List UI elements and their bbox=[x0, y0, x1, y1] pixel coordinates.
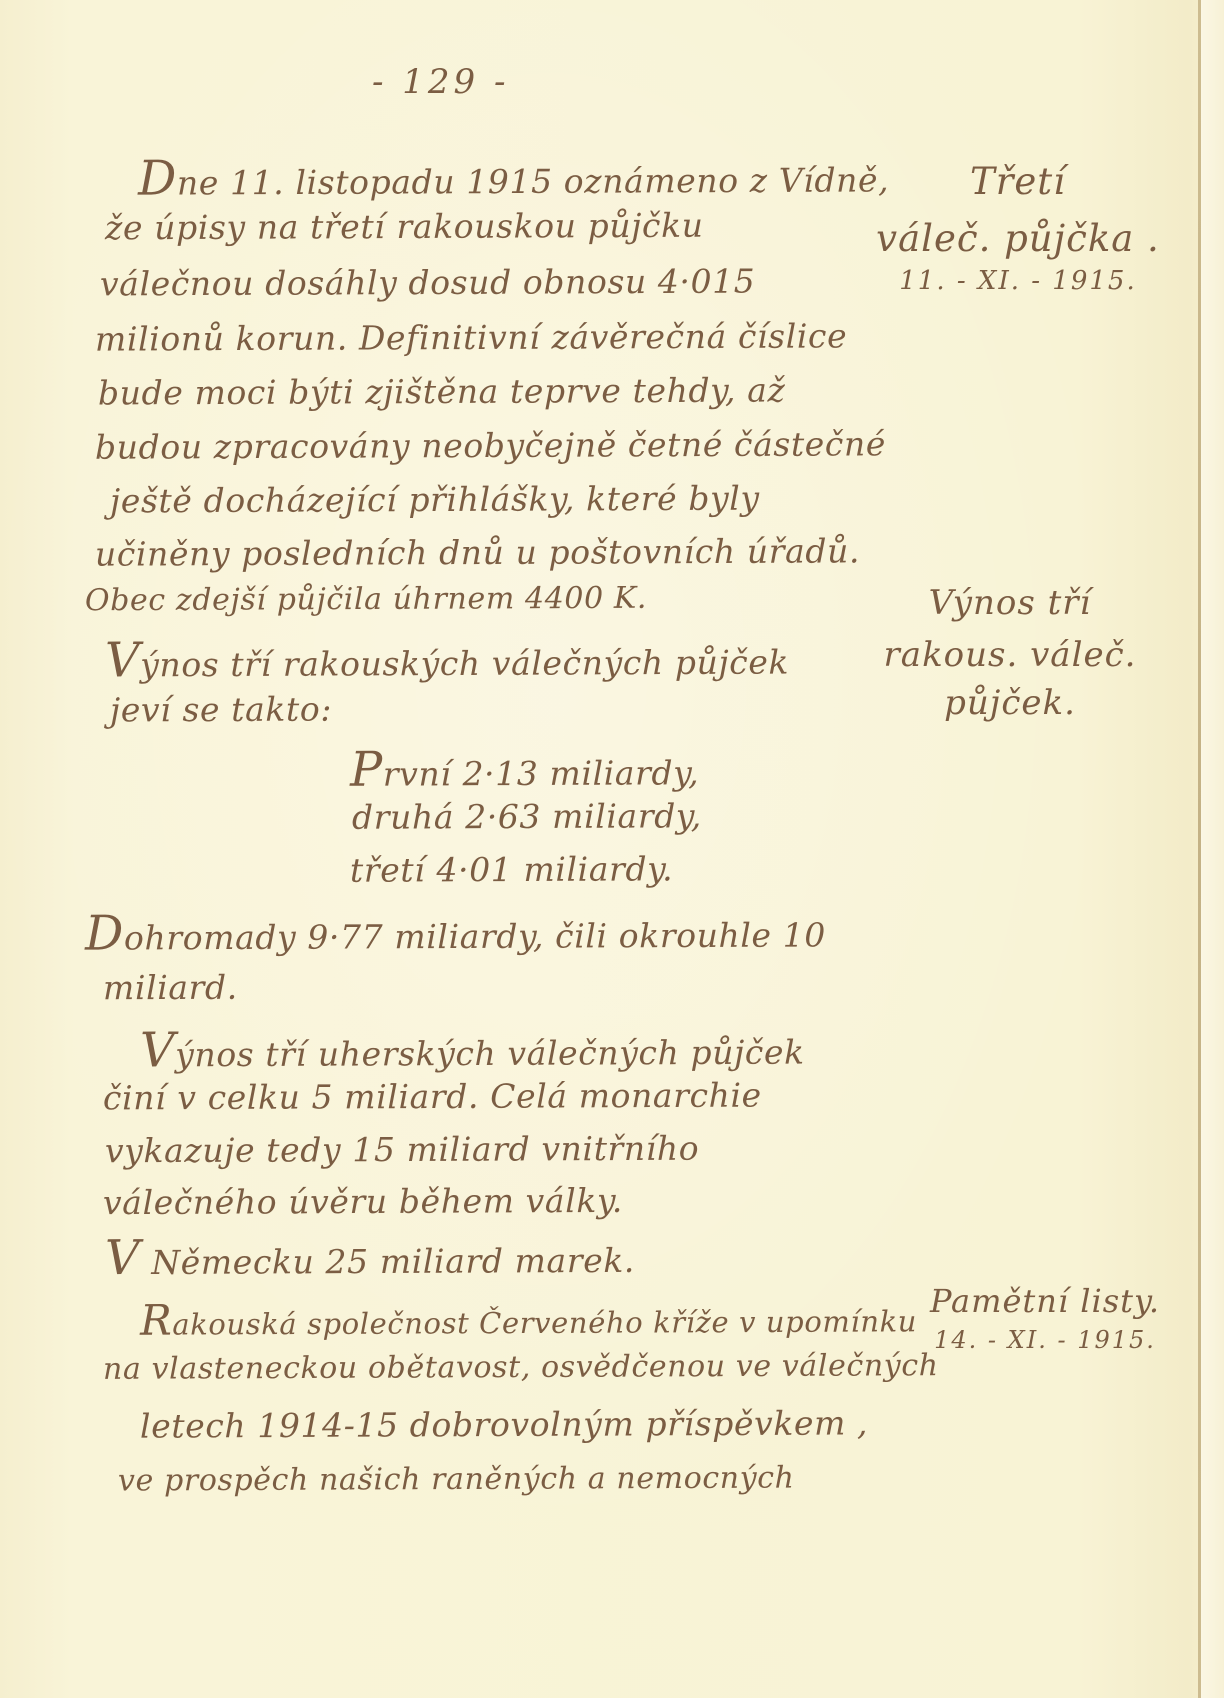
loan-item-third: třetí 4·01 miliardy. bbox=[350, 849, 673, 889]
margin-note-line: půjček. bbox=[855, 683, 1165, 723]
manuscript-line: letech 1914-15 dobrovolným příspěvkem , bbox=[140, 1403, 868, 1445]
margin-note-loan-yield: Výnos tří rakous. váleč. půjček. bbox=[855, 583, 1165, 723]
manuscript-line: Dohromady 9·77 miliardy, čili okrouhle 1… bbox=[85, 903, 826, 961]
manuscript-line: že úpisy na třetí rakouskou půjčku bbox=[105, 206, 704, 248]
manuscript-line: Obec zdejší půjčila úhrnem 4400 K. bbox=[85, 581, 647, 618]
margin-note-title: Třetí bbox=[868, 160, 1168, 203]
manuscript-line: Rakouská společnost Červeného kříže v up… bbox=[140, 1292, 917, 1344]
manuscript-line: bude moci býti zjištěna teprve tehdy, až bbox=[98, 371, 786, 413]
manuscript-line: na vlasteneckou obětavost, osvědčenou ve… bbox=[103, 1348, 939, 1387]
page-number: - 129 - bbox=[372, 62, 510, 102]
manuscript-line: Dne 11. listopadu 1915 oznámeno z Vídně, bbox=[138, 148, 889, 206]
manuscript-line: Výnos tří rakouských válečných půjček bbox=[105, 631, 789, 689]
next-page-edge bbox=[1201, 0, 1224, 1698]
margin-note-commemorative-sheets: Pamětní listy. 14. - XI. - 1915. bbox=[895, 1282, 1195, 1354]
manuscript-line: V Německu 25 miliard marek. bbox=[105, 1229, 635, 1286]
margin-note-date: 11. - XI. - 1915. bbox=[868, 266, 1168, 296]
manuscript-line: vykazuje tedy 15 miliard vnitřního bbox=[105, 1129, 699, 1171]
manuscript-line: budou zpracovány neobyčejně četné částeč… bbox=[95, 424, 886, 466]
manuscript-line: Výnos tří uherských válečných půjček bbox=[140, 1021, 805, 1079]
manuscript-line: činí v celku 5 miliard. Celá monarchie bbox=[103, 1076, 762, 1118]
manuscript-line: miliard. bbox=[103, 968, 238, 1008]
manuscript-line: učiněny posledních dnů u poštovních úřad… bbox=[95, 531, 860, 573]
margin-note-title: Pamětní listy. bbox=[895, 1282, 1195, 1320]
manuscript-line: válečnou dosáhly dosud obnosu 4·015 bbox=[100, 262, 756, 304]
loan-item-second: druhá 2·63 miliardy, bbox=[352, 796, 702, 837]
loan-item-first: První 2·13 miliardy, bbox=[350, 741, 699, 798]
manuscript-line: milionů korun. Definitivní závěrečná čís… bbox=[95, 316, 847, 358]
manuscript-page: - 129 - Dne 11. listopadu 1915 oznámeno … bbox=[0, 0, 1224, 1698]
manuscript-line: ještě docházející přihlášky, které byly bbox=[110, 479, 760, 521]
manuscript-line: jeví se takto: bbox=[110, 690, 332, 730]
margin-note-date: 14. - XI. - 1915. bbox=[895, 1326, 1195, 1354]
manuscript-line: válečného úvěru během války. bbox=[103, 1181, 623, 1222]
margin-note-line: rakous. váleč. bbox=[855, 635, 1165, 675]
manuscript-line: ve prospěch našich raněných a nemocných bbox=[118, 1461, 795, 1499]
margin-note-third-war-loan: Třetí váleč. půjčka . 11. - XI. - 1915. bbox=[868, 160, 1168, 296]
margin-note-subtitle: váleč. půjčka . bbox=[868, 217, 1168, 260]
margin-note-line: Výnos tří bbox=[855, 583, 1165, 623]
